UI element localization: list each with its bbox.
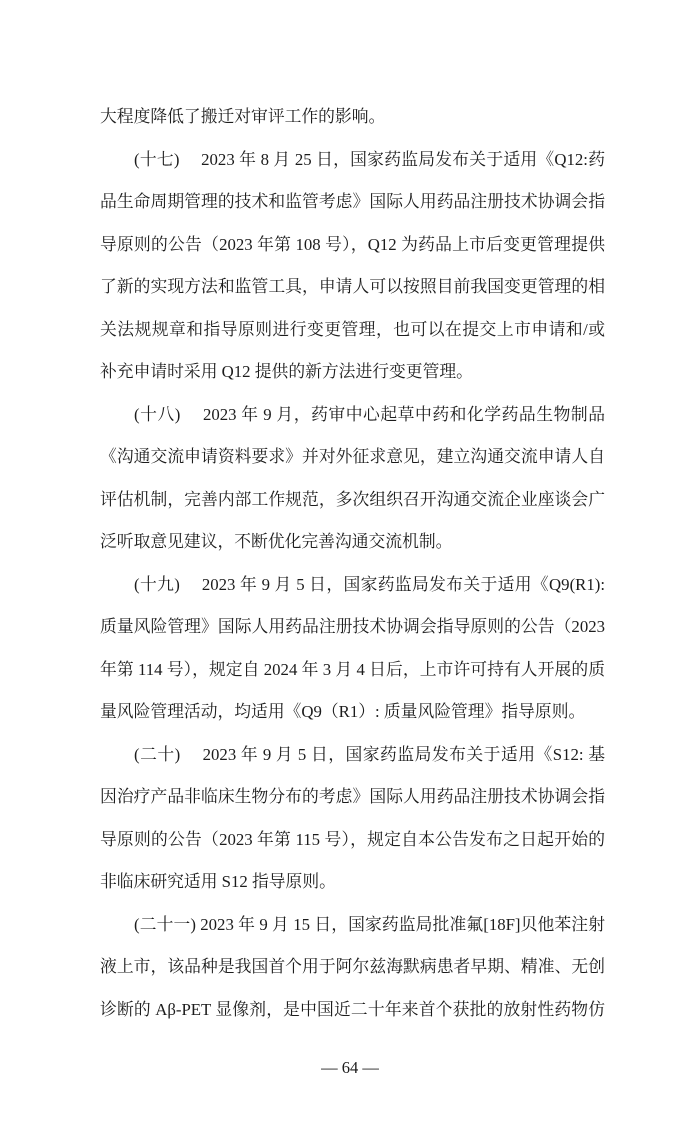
text-line: 关法规规章和指导原则进行变更管理，也可以在提交上市申请和/或 [100,309,605,352]
text-line: 液上市，该品种是我国首个用于阿尔兹海默病患者早期、精准、无创 [100,946,605,989]
text-line: (二十) 2023 年 9 月 5 日，国家药监局发布关于适用《S12: 基 [100,734,605,777]
text-line: (十七) 2023 年 8 月 25 日，国家药监局发布关于适用《Q12:药 [100,139,605,182]
text-line: 诊断的 Aβ-PET 显像剂，是中国近二十年来首个获批的放射性药物仿 [100,989,605,1032]
text-line: 因治疗产品非临床生物分布的考虑》国际人用药品注册技术协调会指 [100,776,605,819]
text-line: 大程度降低了搬迁对审评工作的影响。 [100,96,605,139]
text-line: 泛听取意见建议，不断优化完善沟通交流机制。 [100,521,605,564]
text-line: 量风险管理活动，均适用《Q9（R1）: 质量风险管理》指导原则。 [100,691,605,734]
text-line: 补充申请时采用 Q12 提供的新方法进行变更管理。 [100,351,605,394]
text-line: (十八) 2023 年 9 月，药审中心起草中药和化学药品生物制品 [100,394,605,437]
text-line: 年第 114 号），规定自 2024 年 3 月 4 日后，上市许可持有人开展的… [100,649,605,692]
text-line: 评估机制，完善内部工作规范，多次组织召开沟通交流企业座谈会广 [100,479,605,522]
text-line: 《沟通交流申请资料要求》并对外征求意见，建立沟通交流申请人自 [100,436,605,479]
text-line: 导原则的公告（2023 年第 115 号），规定自本公告发布之日起开始的 [100,819,605,862]
text-line: (十九) 2023 年 9 月 5 日，国家药监局发布关于适用《Q9(R1): [100,564,605,607]
page-number: — 64 — [0,1056,700,1080]
text-line: 导原则的公告（2023 年第 108 号），Q12 为药品上市后变更管理提供 [100,224,605,267]
text-line: 质量风险管理》国际人用药品注册技术协调会指导原则的公告（2023 [100,606,605,649]
text-line: 品生命周期管理的技术和监管考虑》国际人用药品注册技术协调会指 [100,181,605,224]
document-page: 大程度降低了搬迁对审评工作的影响。 (十七) 2023 年 8 月 25 日，国… [0,0,700,1148]
text-line: 非临床研究适用 S12 指导原则。 [100,861,605,904]
text-line: 了新的实现方法和监管工具，申请人可以按照目前我国变更管理的相 [100,266,605,309]
text-line: (二十一) 2023 年 9 月 15 日，国家药监局批准氟[18F]贝他苯注射 [100,904,605,947]
page-body: 大程度降低了搬迁对审评工作的影响。 (十七) 2023 年 8 月 25 日，国… [100,96,605,1031]
